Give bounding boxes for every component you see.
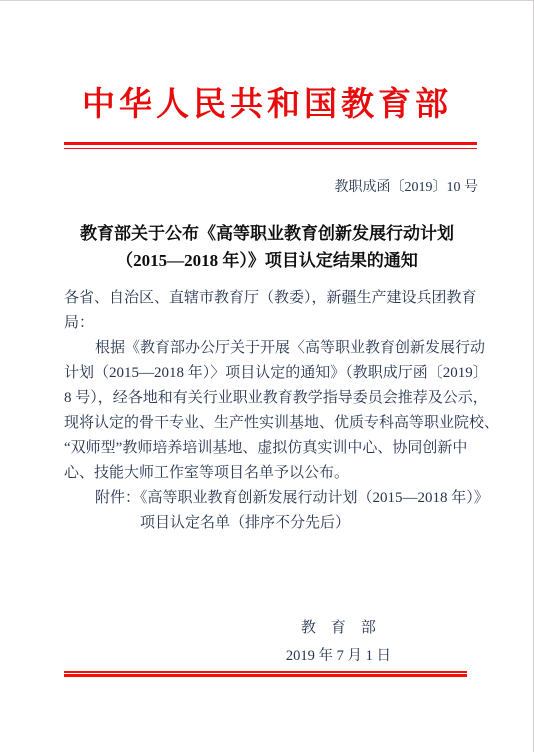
letterhead-double-rule bbox=[64, 142, 477, 149]
body-line: 根据《教育部办公厅关于开展〈高等职业教育创新发展行动 bbox=[64, 336, 482, 361]
notice-body: 各省、自治区、直辖市教育厅（教委），新疆生产建设兵团教育 局： 根据《教育部办公… bbox=[64, 286, 482, 486]
attachment-note: 附件：《高等职业教育创新发展行动计划（2015—2018 年）》 项目认定名单（… bbox=[64, 486, 482, 536]
signature-agency: 教 育 部 bbox=[286, 617, 391, 639]
body-line: “双师型”教师培养培训基地、虚拟仿真实训中心、协同创新中 bbox=[64, 436, 482, 461]
body-line: 计划（2015—2018 年）〉项目认定的通知》（教职成厅函〔2019〕 bbox=[64, 361, 482, 386]
body-line: 各省、自治区、直辖市教育厅（教委），新疆生产建设兵团教育 bbox=[64, 286, 482, 311]
letterhead-rule-thin bbox=[64, 148, 477, 149]
footer-double-rule bbox=[64, 671, 467, 677]
attachment-line-2: 项目认定名单（排序不分先后） bbox=[64, 511, 482, 536]
body-line: 局： bbox=[64, 311, 482, 336]
notice-title: 教育部关于公布《高等职业教育创新发展行动计划 （2015—2018 年）》项目认… bbox=[30, 220, 504, 274]
footer-rule-bottom bbox=[64, 674, 467, 677]
attachment-line-1: 附件：《高等职业教育创新发展行动计划（2015—2018 年）》 bbox=[64, 486, 482, 511]
notice-title-line-2: （2015—2018 年）》项目认定结果的通知 bbox=[30, 247, 504, 274]
document-page: 中华人民共和国教育部 教职成函〔2019〕10 号 教育部关于公布《高等职业教育… bbox=[0, 0, 534, 752]
notice-title-line-1: 教育部关于公布《高等职业教育创新发展行动计划 bbox=[30, 220, 504, 247]
letterhead-agency-name: 中华人民共和国教育部 bbox=[30, 85, 504, 125]
document-reference-number: 教职成函〔2019〕10 号 bbox=[64, 178, 478, 198]
signature-block: 教 育 部 2019 年 7 月 1 日 bbox=[286, 617, 391, 667]
body-line: 现将认定的骨干专业、生产性实训基地、优质专科高等职业院校、 bbox=[64, 411, 482, 436]
signature-date: 2019 年 7 月 1 日 bbox=[286, 645, 391, 667]
body-line: 8 号），经各地和有关行业职业教育教学指导委员会推荐及公示， bbox=[64, 386, 482, 411]
body-line: 心、技能大师工作室等项目名单予以公布。 bbox=[64, 461, 482, 486]
